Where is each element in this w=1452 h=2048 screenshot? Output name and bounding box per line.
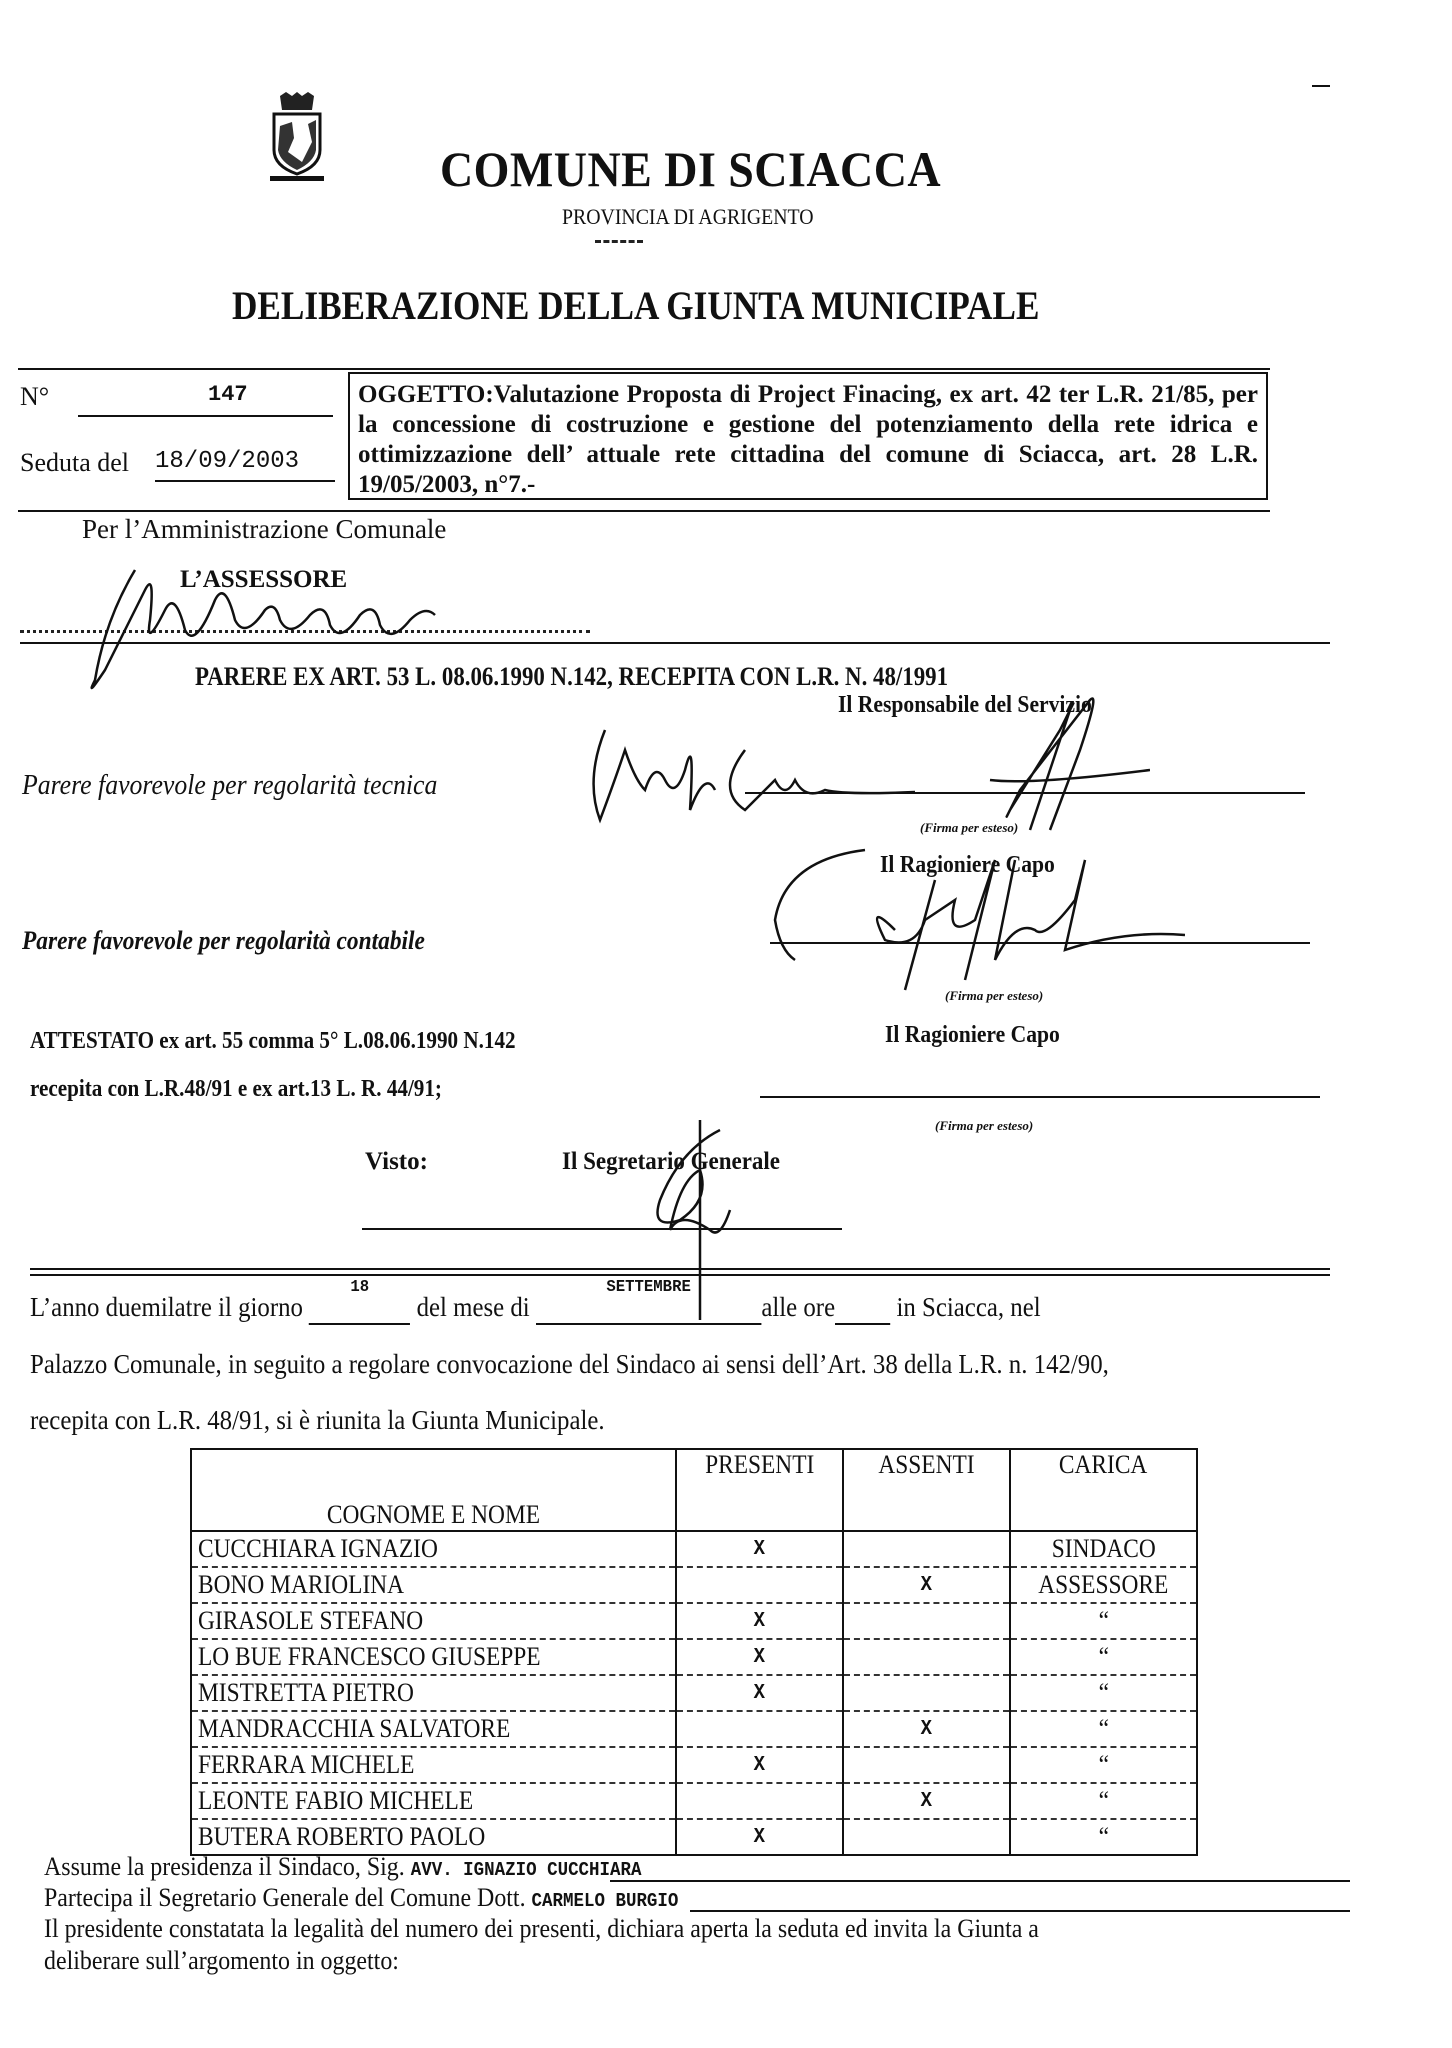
column-header-present: PRESENTI [676, 1449, 843, 1531]
fill-line [78, 415, 333, 417]
table-row: BUTERA ROBERTO PAOLOX“ [191, 1819, 1197, 1855]
absent-mark [843, 1675, 1010, 1711]
visto-label: Visto: [365, 1148, 428, 1176]
absent-mark [843, 1747, 1010, 1783]
absent-mark: X [843, 1567, 1010, 1603]
presidency-line: Assume la presidenza il Sindaco, Sig. AV… [44, 1852, 641, 1882]
month-field: SETTEMBRE [536, 1292, 761, 1325]
closing-line-2: deliberare sull’argomento in oggetto: [44, 1946, 399, 1976]
scan-mark [1312, 85, 1330, 87]
opinion-heading: PARERE EX ART. 53 L. 08.06.1990 N.142, R… [195, 662, 948, 692]
member-name: BUTERA ROBERTO PAOLO [191, 1819, 676, 1855]
meeting-text: in Sciacca, nel [897, 1292, 1041, 1322]
table-row: GIRASOLE STEFANOX“ [191, 1603, 1197, 1639]
session-label: Seduta del [20, 448, 129, 478]
province-label: PROVINCIA DI AGRIGENTO [562, 204, 814, 230]
table-row: BONO MARIOLINAXASSESSORE [191, 1567, 1197, 1603]
member-name: MANDRACCHIA SALVATORE [191, 1711, 676, 1747]
member-role: “ [1010, 1639, 1197, 1675]
member-role: “ [1010, 1711, 1197, 1747]
document-title: DELIBERAZIONE DELLA GIUNTA MUNICIPALE [232, 282, 1039, 329]
member-name: BONO MARIOLINA [191, 1567, 676, 1603]
closing-line-1: Il presidente constatata la legalità del… [44, 1914, 1295, 1944]
meeting-line-2: Palazzo Comunale, in seguito a regolare … [30, 1349, 1217, 1380]
divider [18, 510, 1270, 512]
hour-field [835, 1292, 890, 1325]
table-row: MANDRACCHIA SALVATOREX“ [191, 1711, 1197, 1747]
subject-box: OGGETTO:Valutazione Proposta di Project … [348, 372, 1268, 500]
column-header-role: CARICA [1010, 1449, 1197, 1531]
technical-opinion-label: Parere favorevole per regolarità tecnica [22, 770, 437, 802]
accountant-signature [745, 840, 1185, 1000]
absent-mark [843, 1603, 1010, 1639]
member-role: “ [1010, 1819, 1197, 1855]
secretary-text: Partecipa il Segretario Generale del Com… [44, 1883, 526, 1912]
present-mark [676, 1711, 843, 1747]
president-name: AVV. IGNAZIO CUCCHIARA [411, 1859, 642, 1881]
member-role: “ [1010, 1603, 1197, 1639]
table-row: MISTRETTA PIETROX“ [191, 1675, 1197, 1711]
municipality-title: COMUNE DI SCIACCA [440, 140, 941, 198]
meeting-line-3: recepita con L.R. 48/91, si è riunita la… [30, 1405, 1217, 1436]
column-header-name: COGNOME E NOME [191, 1449, 676, 1531]
administration-label: Per l’Amministrazione Comunale [82, 514, 446, 545]
secretary-line: Partecipa il Segretario Generale del Com… [44, 1883, 678, 1913]
member-role: “ [1010, 1675, 1197, 1711]
coat-of-arms-icon [262, 92, 332, 184]
secretary-name: CARMELO BURGIO [532, 1890, 679, 1912]
present-mark [676, 1567, 843, 1603]
member-role: ASSESSORE [1010, 1567, 1197, 1603]
member-role: “ [1010, 1783, 1197, 1819]
member-name: LO BUE FRANCESCO GIUSEPPE [191, 1639, 676, 1675]
member-name: FERRARA MICHELE [191, 1747, 676, 1783]
absent-mark: X [843, 1783, 1010, 1819]
meeting-line-1: L’anno duemilatre il giorno 18 del mese … [30, 1292, 1217, 1325]
attendance-table: COGNOME E NOME PRESENTI ASSENTI CARICA C… [190, 1448, 1198, 1856]
service-manager-signature [950, 690, 1150, 840]
session-date: 18/09/2003 [155, 448, 299, 475]
member-role: “ [1010, 1747, 1197, 1783]
absent-mark: X [843, 1711, 1010, 1747]
table-row: FERRARA MICHELEX“ [191, 1747, 1197, 1783]
fill-line [610, 1880, 1350, 1882]
meeting-text: L’anno duemilatre il giorno [30, 1292, 303, 1322]
meta-section: N° 147 Seduta del 18/09/2003 OGGETTO:Val… [18, 368, 1270, 508]
meeting-text: del mese di [417, 1292, 530, 1322]
member-name: LEONTE FABIO MICHELE [191, 1783, 676, 1819]
signature-line [760, 1096, 1320, 1098]
divider [30, 1274, 1330, 1276]
meeting-text: alle ore [761, 1292, 835, 1322]
present-mark: X [676, 1531, 843, 1567]
absent-mark [843, 1639, 1010, 1675]
fill-line [155, 480, 335, 482]
attestation-line-2: recepita con L.R.48/91 e ex art.13 L. R.… [30, 1076, 442, 1103]
absent-mark [843, 1819, 1010, 1855]
divider [595, 240, 643, 243]
presidency-text: Assume la presidenza il Sindaco, Sig. [44, 1852, 405, 1881]
number-label: N° [20, 382, 49, 412]
day-field: 18 [309, 1292, 410, 1325]
signature-line [362, 1228, 842, 1230]
absent-mark [843, 1531, 1010, 1567]
month-value: SETTEMBRE [536, 1278, 761, 1297]
divider [30, 1268, 1330, 1270]
day-value: 18 [309, 1278, 410, 1297]
fill-line [690, 1910, 1350, 1912]
meta-left: N° 147 Seduta del 18/09/2003 [18, 368, 346, 508]
attestation-line-1: ATTESTATO ex art. 55 comma 5° L.08.06.19… [30, 1028, 516, 1055]
present-mark: X [676, 1639, 843, 1675]
table-row: LO BUE FRANCESCO GIUSEPPEX“ [191, 1639, 1197, 1675]
member-name: GIRASOLE STEFANO [191, 1603, 676, 1639]
member-name: CUCCHIARA IGNAZIO [191, 1531, 676, 1567]
accountant-label: Il Ragioniere Capo [885, 1022, 1060, 1049]
present-mark: X [676, 1819, 843, 1855]
table-header-row: COGNOME E NOME PRESENTI ASSENTI CARICA [191, 1449, 1197, 1531]
table-row: CUCCHIARA IGNAZIOXSINDACO [191, 1531, 1197, 1567]
accounting-opinion-label: Parere favorevole per regolarità contabi… [22, 926, 425, 956]
member-name: MISTRETTA PIETRO [191, 1675, 676, 1711]
present-mark: X [676, 1675, 843, 1711]
deliberation-number: 147 [208, 382, 248, 407]
present-mark: X [676, 1747, 843, 1783]
technical-signature [585, 720, 915, 830]
table-row: LEONTE FABIO MICHELEX“ [191, 1783, 1197, 1819]
column-header-absent: ASSENTI [843, 1449, 1010, 1531]
signature-note: (Firma per esteso) [935, 1118, 1033, 1134]
present-mark [676, 1783, 843, 1819]
present-mark: X [676, 1603, 843, 1639]
member-role: SINDACO [1010, 1531, 1197, 1567]
